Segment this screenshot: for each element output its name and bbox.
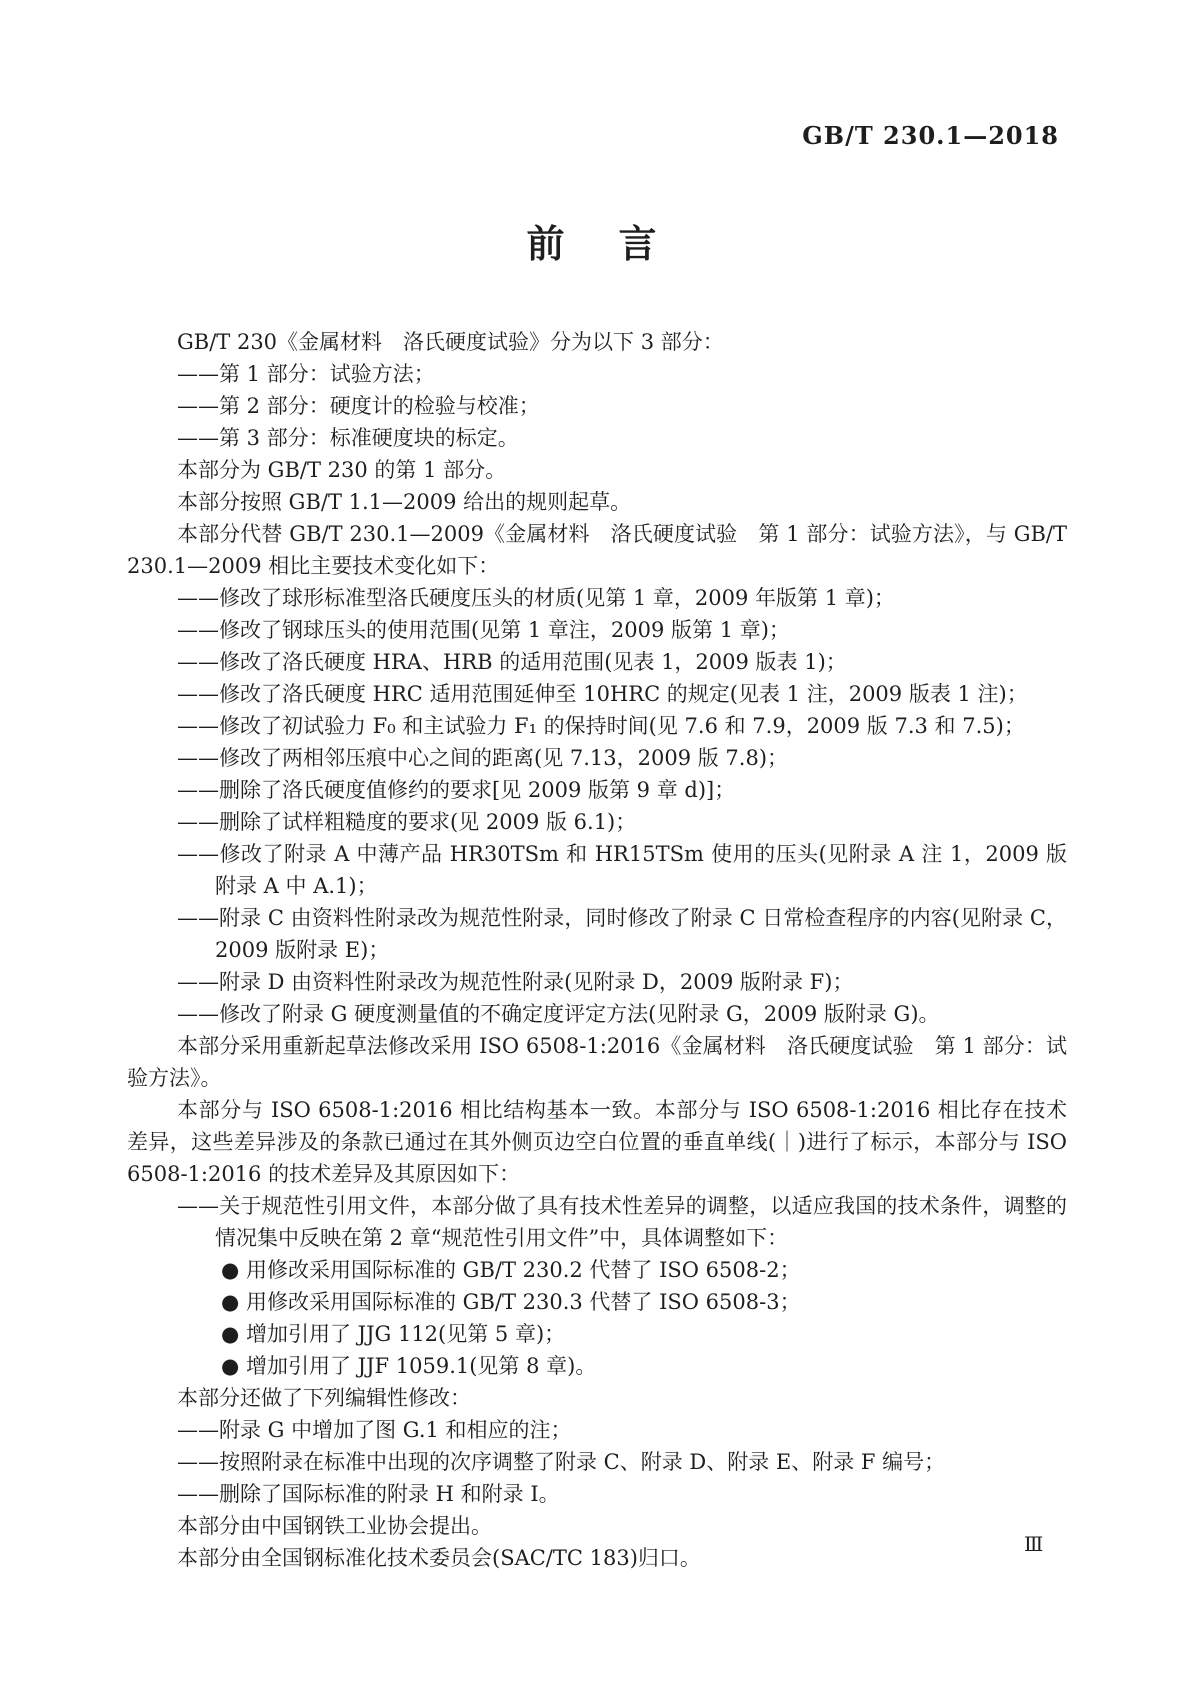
foreword-paragraph: ——修改了两相邻压痕中心之间的距离(见 7.13，2009 版 7.8)； [127, 742, 1067, 774]
foreword-paragraph: ——修改了初试验力 F₀ 和主试验力 F₁ 的保持时间(见 7.6 和 7.9，… [127, 710, 1067, 742]
foreword-paragraph: GB/T 230《金属材料 洛氏硬度试验》分为以下 3 部分： [127, 326, 1067, 358]
foreword-paragraph: ——修改了钢球压头的使用范围(见第 1 章注，2009 版第 1 章)； [127, 614, 1067, 646]
foreword-paragraph: ——附录 C 由资料性附录改为规范性附录，同时修改了附录 C 日常检查程序的内容… [127, 902, 1067, 966]
foreword-paragraph: 本部分采用重新起草法修改采用 ISO 6508-1:2016《金属材料 洛氏硬度… [127, 1030, 1067, 1094]
standard-code-header: GB/T 230.1—2018 [802, 121, 1059, 150]
foreword-paragraph: ——修改了球形标准型洛氏硬度压头的材质(见第 1 章，2009 年版第 1 章)… [127, 582, 1067, 614]
foreword-paragraph: 本部分由全国钢标准化技术委员会(SAC/TC 183)归口。 [127, 1542, 1067, 1574]
foreword-paragraph: ——修改了附录 G 硬度测量值的不确定度评定方法(见附录 G，2009 版附录 … [127, 998, 1067, 1030]
foreword-paragraph: 本部分代替 GB/T 230.1—2009《金属材料 洛氏硬度试验 第 1 部分… [127, 518, 1067, 582]
foreword-paragraph: ——删除了试样粗糙度的要求(见 2009 版 6.1)； [127, 806, 1067, 838]
foreword-paragraph: 本部分为 GB/T 230 的第 1 部分。 [127, 454, 1067, 486]
foreword-paragraph: ——按照附录在标准中出现的次序调整了附录 C、附录 D、附录 E、附录 F 编号… [127, 1446, 1067, 1478]
foreword-paragraph: ● 用修改采用国际标准的 GB/T 230.2 代替了 ISO 6508-2； [127, 1254, 1067, 1286]
foreword-paragraph: ——修改了附录 A 中薄产品 HR30TSm 和 HR15TSm 使用的压头(见… [127, 838, 1067, 902]
foreword-paragraph: ● 用修改采用国际标准的 GB/T 230.3 代替了 ISO 6508-3； [127, 1286, 1067, 1318]
foreword-paragraph: 本部分由中国钢铁工业协会提出。 [127, 1510, 1067, 1542]
foreword-body: GB/T 230《金属材料 洛氏硬度试验》分为以下 3 部分：——第 1 部分：… [127, 326, 1067, 1574]
foreword-paragraph: ——第 1 部分：试验方法； [127, 358, 1067, 390]
foreword-paragraph: ——删除了国际标准的附录 H 和附录 I。 [127, 1478, 1067, 1510]
foreword-paragraph: ——删除了洛氏硬度值修约的要求[见 2009 版第 9 章 d)]； [127, 774, 1067, 806]
foreword-paragraph: 本部分按照 GB/T 1.1—2009 给出的规则起草。 [127, 486, 1067, 518]
foreword-paragraph: ——第 3 部分：标准硬度块的标定。 [127, 422, 1067, 454]
foreword-paragraph: ● 增加引用了 JJF 1059.1(见第 8 章)。 [127, 1350, 1067, 1382]
foreword-paragraph: 本部分还做了下列编辑性修改： [127, 1382, 1067, 1414]
foreword-paragraph: ——修改了洛氏硬度 HRA、HRB 的适用范围(见表 1，2009 版表 1)； [127, 646, 1067, 678]
foreword-paragraph: ——附录 G 中增加了图 G.1 和相应的注； [127, 1414, 1067, 1446]
page-number: Ⅲ [1024, 1532, 1043, 1556]
foreword-paragraph: ——第 2 部分：硬度计的检验与校准； [127, 390, 1067, 422]
page-title: 前 言 [0, 213, 1191, 268]
foreword-paragraph: ——关于规范性引用文件，本部分做了具有技术性差异的调整，以适应我国的技术条件，调… [127, 1190, 1067, 1254]
foreword-paragraph: ——修改了洛氏硬度 HRC 适用范围延伸至 10HRC 的规定(见表 1 注，2… [127, 678, 1067, 710]
document-page: GB/T 230.1—2018 前 言 GB/T 230《金属材料 洛氏硬度试验… [0, 0, 1191, 1684]
foreword-paragraph: ——附录 D 由资料性附录改为规范性附录(见附录 D，2009 版附录 F)； [127, 966, 1067, 998]
foreword-paragraph: ● 增加引用了 JJG 112(见第 5 章)； [127, 1318, 1067, 1350]
foreword-paragraph: 本部分与 ISO 6508-1:2016 相比结构基本一致。本部分与 ISO 6… [127, 1094, 1067, 1190]
